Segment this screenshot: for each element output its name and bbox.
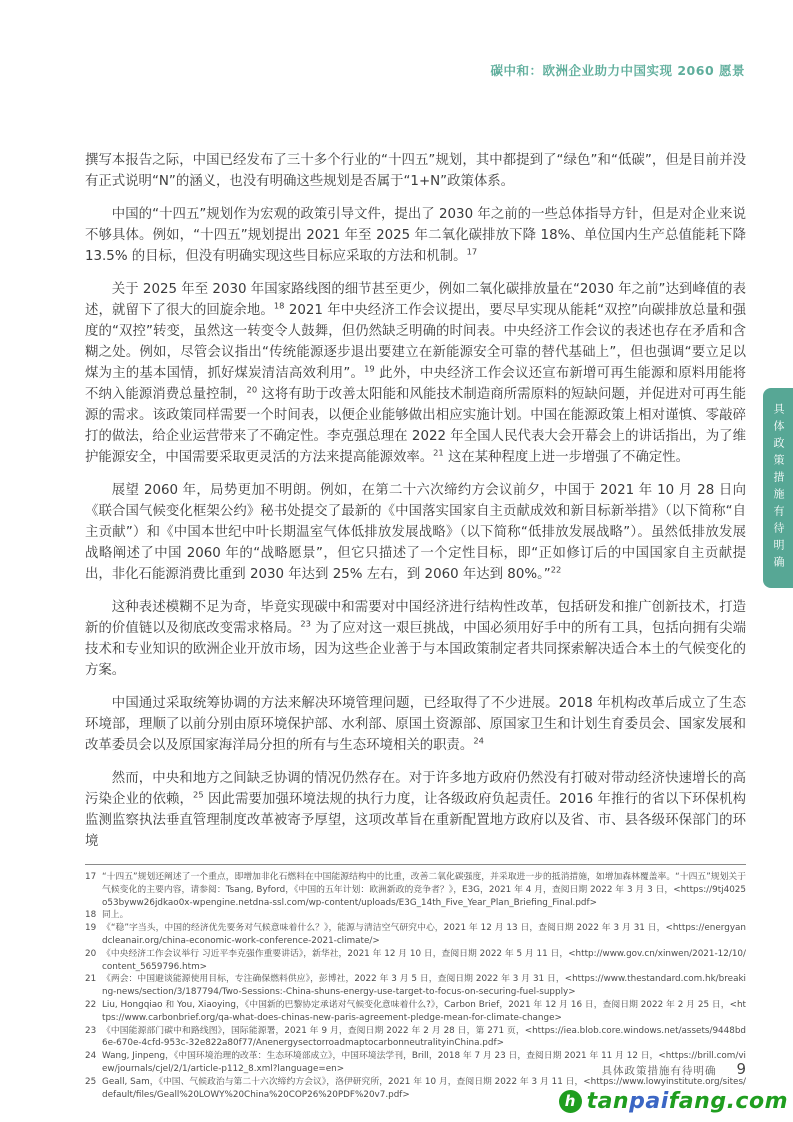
footnote-number: 18 (85, 909, 102, 922)
body-paragraph: 然而，中央和地方之间缺乏协调的情况仍然存在。对于许多地方政府仍然没有打破对带动经… (85, 768, 746, 852)
footnote-number: 19 (85, 922, 102, 948)
footnote-item: 18同上。 (85, 909, 746, 922)
footnote-item: 21《两会：中国避谈能源使用目标，专注确保燃料供应》，彭博社，2022 年 3 … (85, 973, 746, 999)
footnote-number: 22 (85, 999, 102, 1025)
body-paragraph: 中国通过采取统筹协调的方法来解决环境管理问题，已经取得了不少进展。2018 年机… (85, 693, 746, 756)
footnote-number: 21 (85, 973, 102, 999)
footnote-item: 20《中央经济工作会议举行 习近平李克强作重要讲话》，新华社，2021 年 12… (85, 948, 746, 974)
footnote-ref[interactable]: 18 (274, 301, 285, 311)
section-side-tab-label: 具体政策措施有待明确 (770, 403, 786, 573)
footer-section-label: 具体政策措施有待明确 (601, 1063, 716, 1078)
footnote-ref[interactable]: 21 (433, 448, 444, 458)
body-paragraph: 中国的“十四五”规划作为宏观的政策引导文件，提出了 2030 年之前的一些总体指… (85, 204, 746, 267)
logo-text-part: tan (587, 1089, 630, 1114)
paragraph-text: 中国的“十四五”规划作为宏观的政策引导文件，提出了 2030 年之前的一些总体指… (85, 207, 746, 264)
footnote-text: 《两会：中国避谈能源使用目标，专注确保燃料供应》，彭博社，2022 年 3 月 … (102, 973, 746, 999)
footnote-number: 20 (85, 948, 102, 974)
body-paragraph: 关于 2025 年至 2030 年国家路线图的细节甚至更少，例如二氧化碳排放量在… (85, 279, 746, 468)
footnote-separator (85, 864, 746, 865)
body-paragraph: 这种表述模糊不足为奇，毕竟实现碳中和需要对中国经济进行结构性改革，包括研发和推广… (85, 597, 746, 681)
footnote-number: 25 (85, 1076, 102, 1102)
footnote-text: Liu, Hongqiao 和 You, Xiaoying，《中国新的巴黎协定承… (102, 999, 746, 1025)
footnote-text: 《中央经济工作会议举行 习近平李克强作重要讲话》，新华社，2021 年 12 月… (102, 948, 746, 974)
footer-meta: 具体政策措施有待明确 9 (601, 1060, 746, 1078)
footnote-text: 同上。 (102, 909, 746, 922)
report-page: 碳中和：欧洲企业助力中国实现 2060 愿景 具体政策措施有待明确 撰写本报告之… (0, 0, 793, 1122)
footnote-number: 23 (85, 1025, 102, 1051)
logo-text-part: pai (629, 1089, 669, 1114)
footnote-text: 《“稳”字当头，中国的经济优先要务对气候意味着什么？》，能源与清洁空气研究中心，… (102, 922, 746, 948)
paragraph-text: 撰写本报告之际，中国已经发布了三十多个行业的“十四五”规划，其中都提到了“绿色”… (85, 153, 746, 189)
footer-page-number: 9 (736, 1060, 746, 1078)
footnote-ref[interactable]: 23 (300, 619, 311, 629)
paragraph-text: 这在某种程度上进一步增强了不确定性。 (444, 450, 689, 465)
tanpaifang-logo-icon: h (559, 1090, 582, 1113)
footnote-text: 《中国能源部门碳中和路线图》，国际能源署，2021 年 9 月，查阅日期 202… (102, 1025, 746, 1051)
logo-text-part: fang (669, 1089, 727, 1114)
footnote-text: “十四五”规划还阐述了一个重点，即增加非化石燃料在中国能源结构中的比重，改善二氧… (102, 871, 746, 909)
footnote-ref[interactable]: 19 (364, 364, 375, 374)
body-content: 撰写本报告之际，中国已经发布了三十多个行业的“十四五”规划，其中都提到了“绿色”… (85, 150, 746, 1101)
logo-text-part: .com (727, 1089, 788, 1114)
footnote-ref[interactable]: 25 (193, 790, 204, 800)
body-paragraph: 撰写本报告之际，中国已经发布了三十多个行业的“十四五”规划，其中都提到了“绿色”… (85, 150, 746, 192)
tanpaifang-logo-text: tanpaifang.com (587, 1089, 788, 1114)
footnote-ref[interactable]: 22 (551, 565, 562, 575)
footnote-item: 23《中国能源部门碳中和路线图》，国际能源署，2021 年 9 月，查阅日期 2… (85, 1025, 746, 1051)
footnote-ref[interactable]: 24 (473, 736, 484, 746)
footnote-ref[interactable]: 20 (247, 385, 258, 395)
body-paragraphs: 撰写本报告之际，中国已经发布了三十多个行业的“十四五”规划，其中都提到了“绿色”… (85, 150, 746, 852)
footnote-item: 22Liu, Hongqiao 和 You, Xiaoying，《中国新的巴黎协… (85, 999, 746, 1025)
footnote-item: 17“十四五”规划还阐述了一个重点，即增加非化石燃料在中国能源结构中的比重，改善… (85, 871, 746, 909)
footnote-number: 17 (85, 871, 102, 909)
page-header-title: 碳中和：欧洲企业助力中国实现 2060 愿景 (491, 61, 746, 79)
footnote-ref[interactable]: 17 (467, 247, 478, 257)
footnote-item: 19《“稳”字当头，中国的经济优先要务对气候意味着什么？》，能源与清洁空气研究中… (85, 922, 746, 948)
paragraph-text: 中国通过采取统筹协调的方法来解决环境管理问题，已经取得了不少进展。2018 年机… (85, 696, 746, 753)
footnote-number: 24 (85, 1050, 102, 1076)
tanpaifang-logo[interactable]: h tanpaifang.com (559, 1089, 788, 1114)
body-paragraph: 展望 2060 年，局势更加不明朗。例如，在第二十六次缔约方会议前夕，中国于 2… (85, 480, 746, 585)
section-side-tab[interactable]: 具体政策措施有待明确 (763, 388, 793, 588)
paragraph-text: 展望 2060 年，局势更加不明朗。例如，在第二十六次缔约方会议前夕，中国于 2… (85, 483, 746, 582)
